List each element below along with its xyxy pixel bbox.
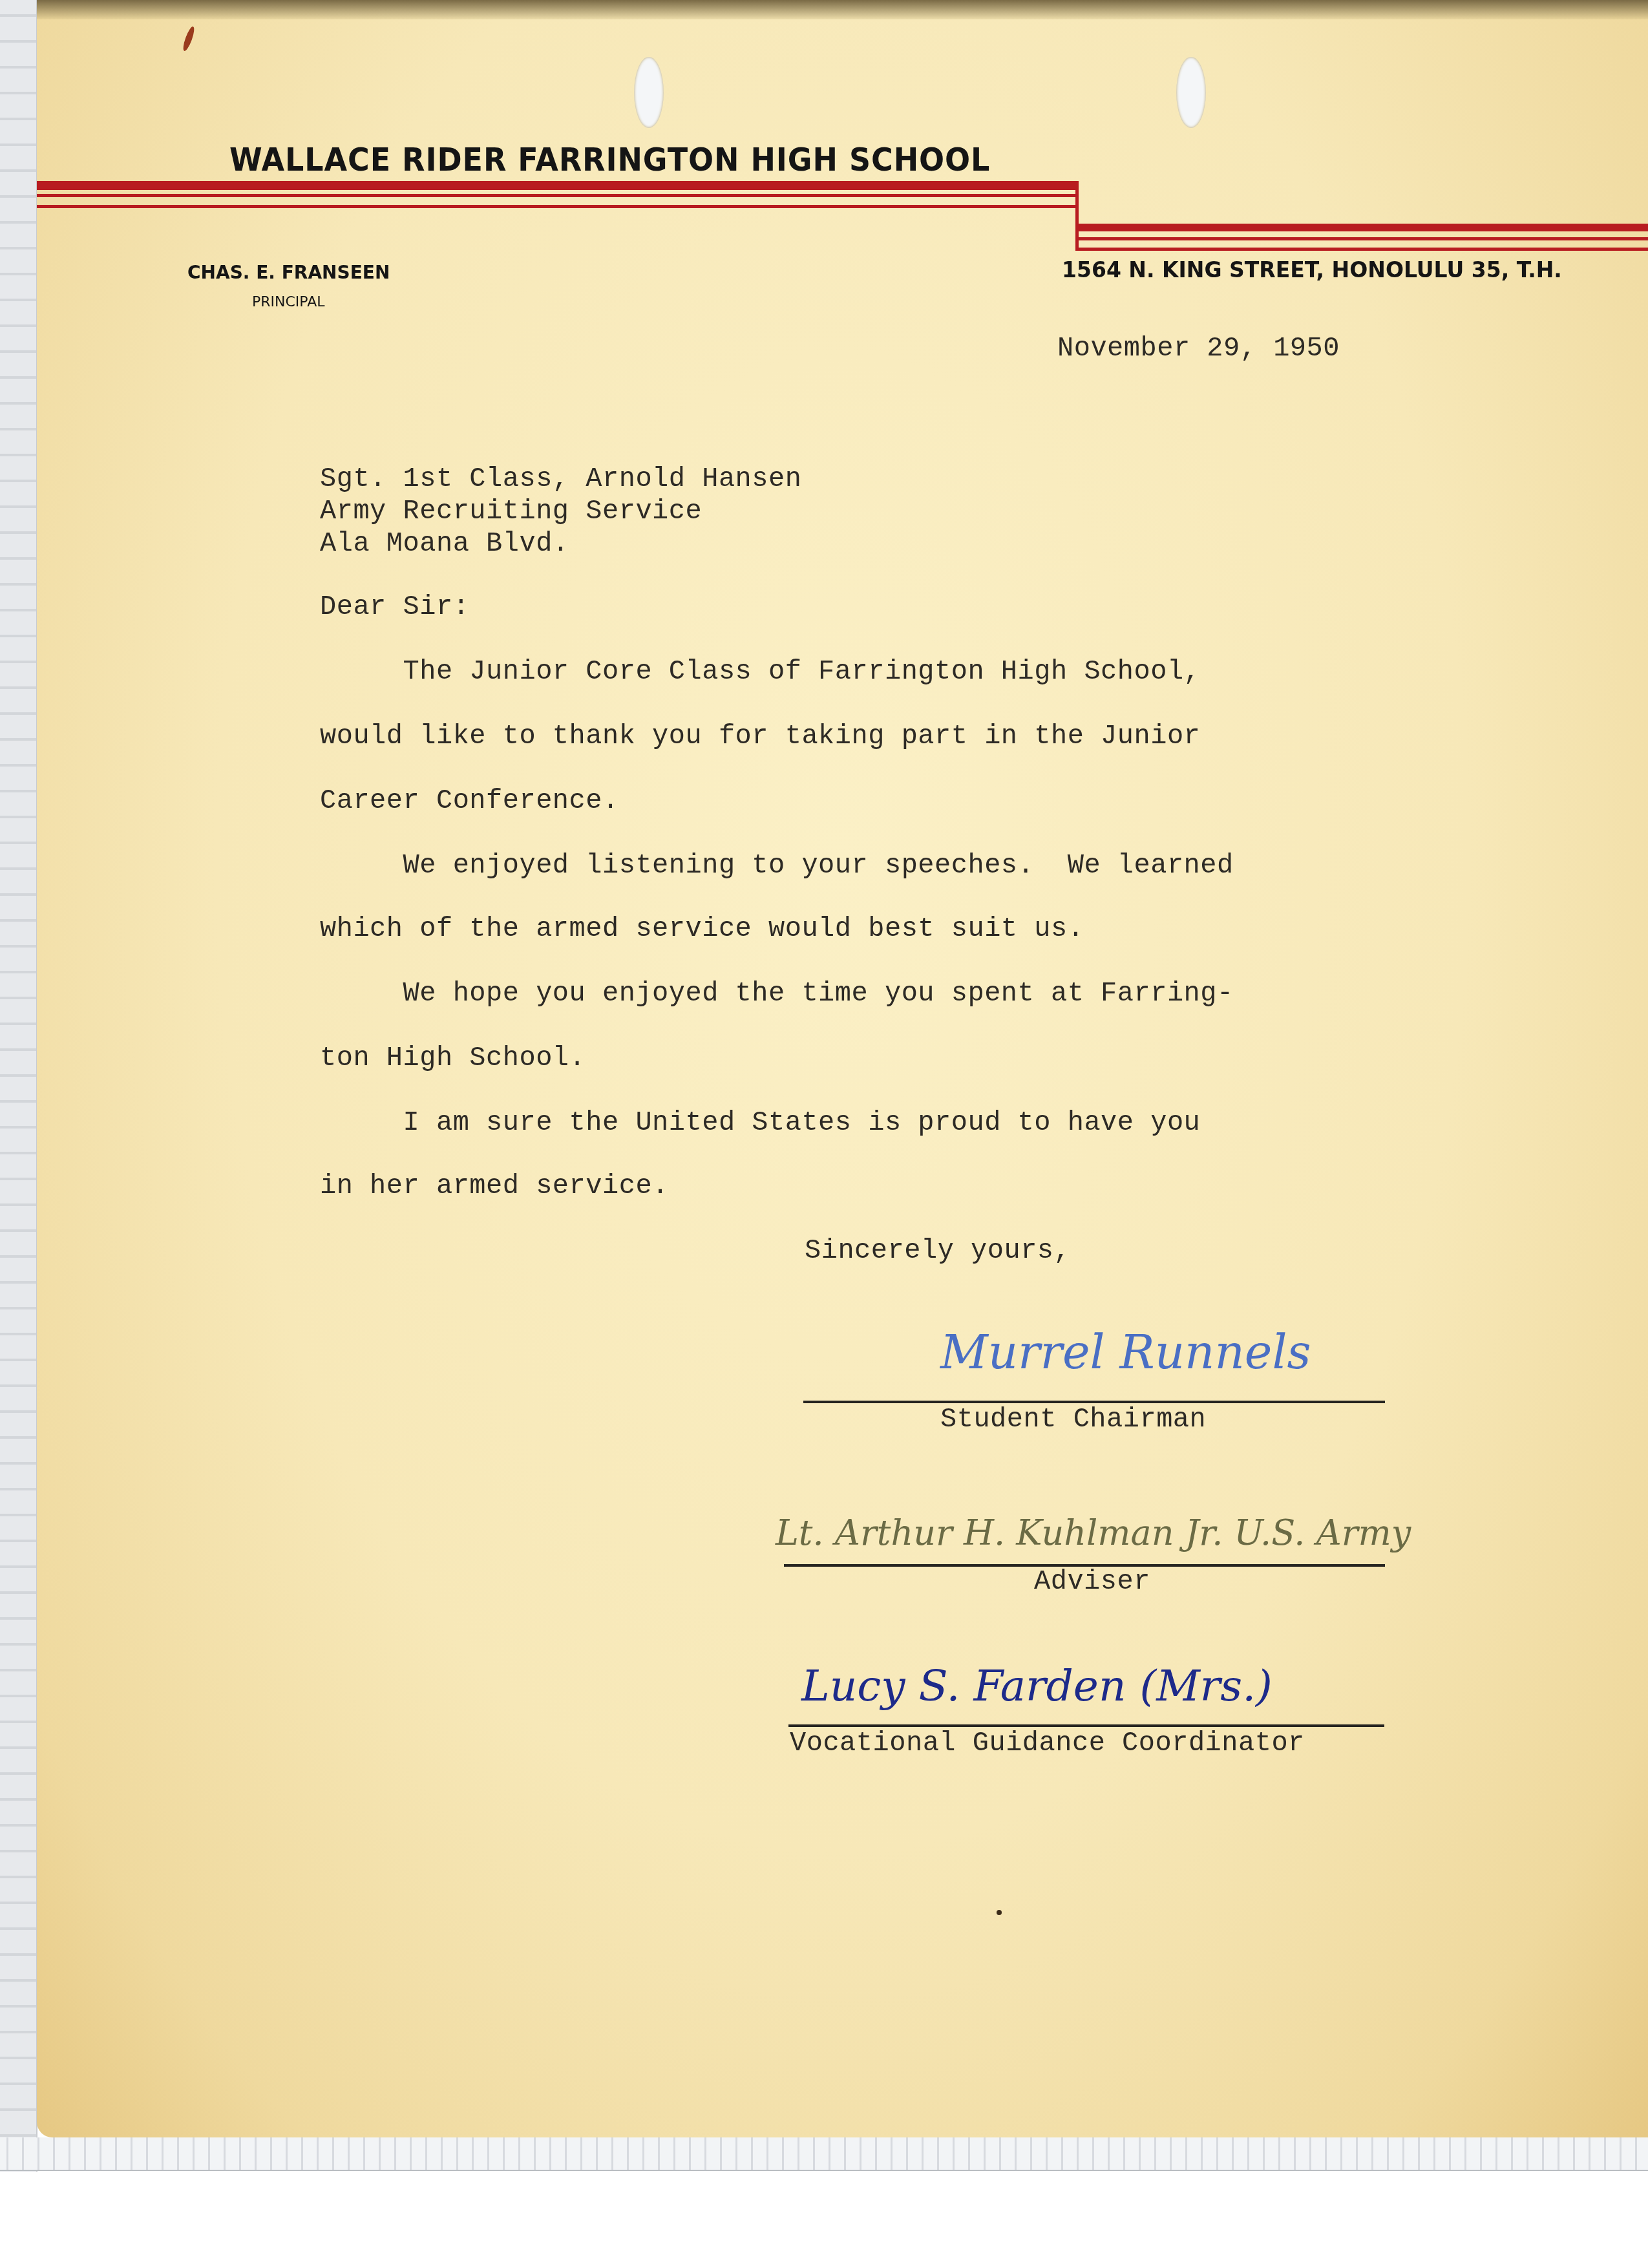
school-address: 1564 N. KING STREET, HONOLULU 35, T.H. <box>1062 257 1562 282</box>
body-line: The Junior Core Class of Farrington High… <box>320 656 1200 687</box>
signatory-title: Student Chairman <box>940 1404 1206 1435</box>
body-line: I am sure the United States is proud to … <box>320 1107 1200 1138</box>
letter-page <box>37 0 1648 2137</box>
letterhead-stripe-thin-left-1 <box>37 194 1079 197</box>
principal-name: CHAS. E. FRANSEEN <box>187 262 390 283</box>
signature-line <box>803 1401 1385 1403</box>
body-line: would like to thank you for taking part … <box>320 721 1200 752</box>
recipient-line-3: Ala Moana Blvd. <box>320 528 569 559</box>
closing: Sincerely yours, <box>805 1235 1070 1266</box>
school-name: WALLACE RIDER FARRINGTON HIGH SCHOOL <box>229 141 990 178</box>
signatory-title: Vocational Guidance Coordinator <box>790 1728 1305 1759</box>
letterhead-stripe-thick-left <box>37 181 1079 190</box>
recipient-line-1: Sgt. 1st Class, Arnold Hansen <box>320 463 801 494</box>
sheet-protector-bottom-edge <box>0 2137 1648 2171</box>
body-line: in her armed service. <box>320 1171 669 1202</box>
principal-title: PRINCIPAL <box>252 294 325 310</box>
binder-hole-right <box>1176 57 1206 128</box>
salutation: Dear Sir: <box>320 591 469 622</box>
letterhead-stripe-thick-right <box>1075 224 1648 231</box>
signature-line <box>788 1724 1384 1727</box>
paper-speck <box>997 1910 1002 1915</box>
letterhead-stripe-thin-right-2 <box>1075 248 1648 251</box>
binder-hole-left <box>634 57 664 128</box>
signature-vocational-guidance-coordinator: Lucy S. Farden (Mrs.) <box>801 1661 1273 1711</box>
body-line: We hope you enjoyed the time you spent a… <box>320 978 1234 1009</box>
signatory-title: Adviser <box>1034 1566 1150 1597</box>
letterhead-stripe-thin-right-1 <box>1075 237 1648 240</box>
sheet-protector-left-edge <box>0 0 37 2172</box>
body-line: which of the armed service would best su… <box>320 913 1084 944</box>
signature-student-chairman: Murrel Runnels <box>940 1325 1311 1379</box>
body-line: Career Conference. <box>320 785 619 816</box>
letter-date: November 29, 1950 <box>1057 333 1340 364</box>
body-line: We enjoyed listening to your speeches. W… <box>320 850 1234 881</box>
letterhead-stripe-thin-left-2 <box>37 205 1079 208</box>
signature-adviser: Lt. Arthur H. Kuhlman Jr. U.S. Army <box>776 1512 1411 1553</box>
recipient-line-2: Army Recruiting Service <box>320 496 702 527</box>
ink-stain <box>181 25 196 52</box>
body-line: ton High School. <box>320 1043 586 1074</box>
